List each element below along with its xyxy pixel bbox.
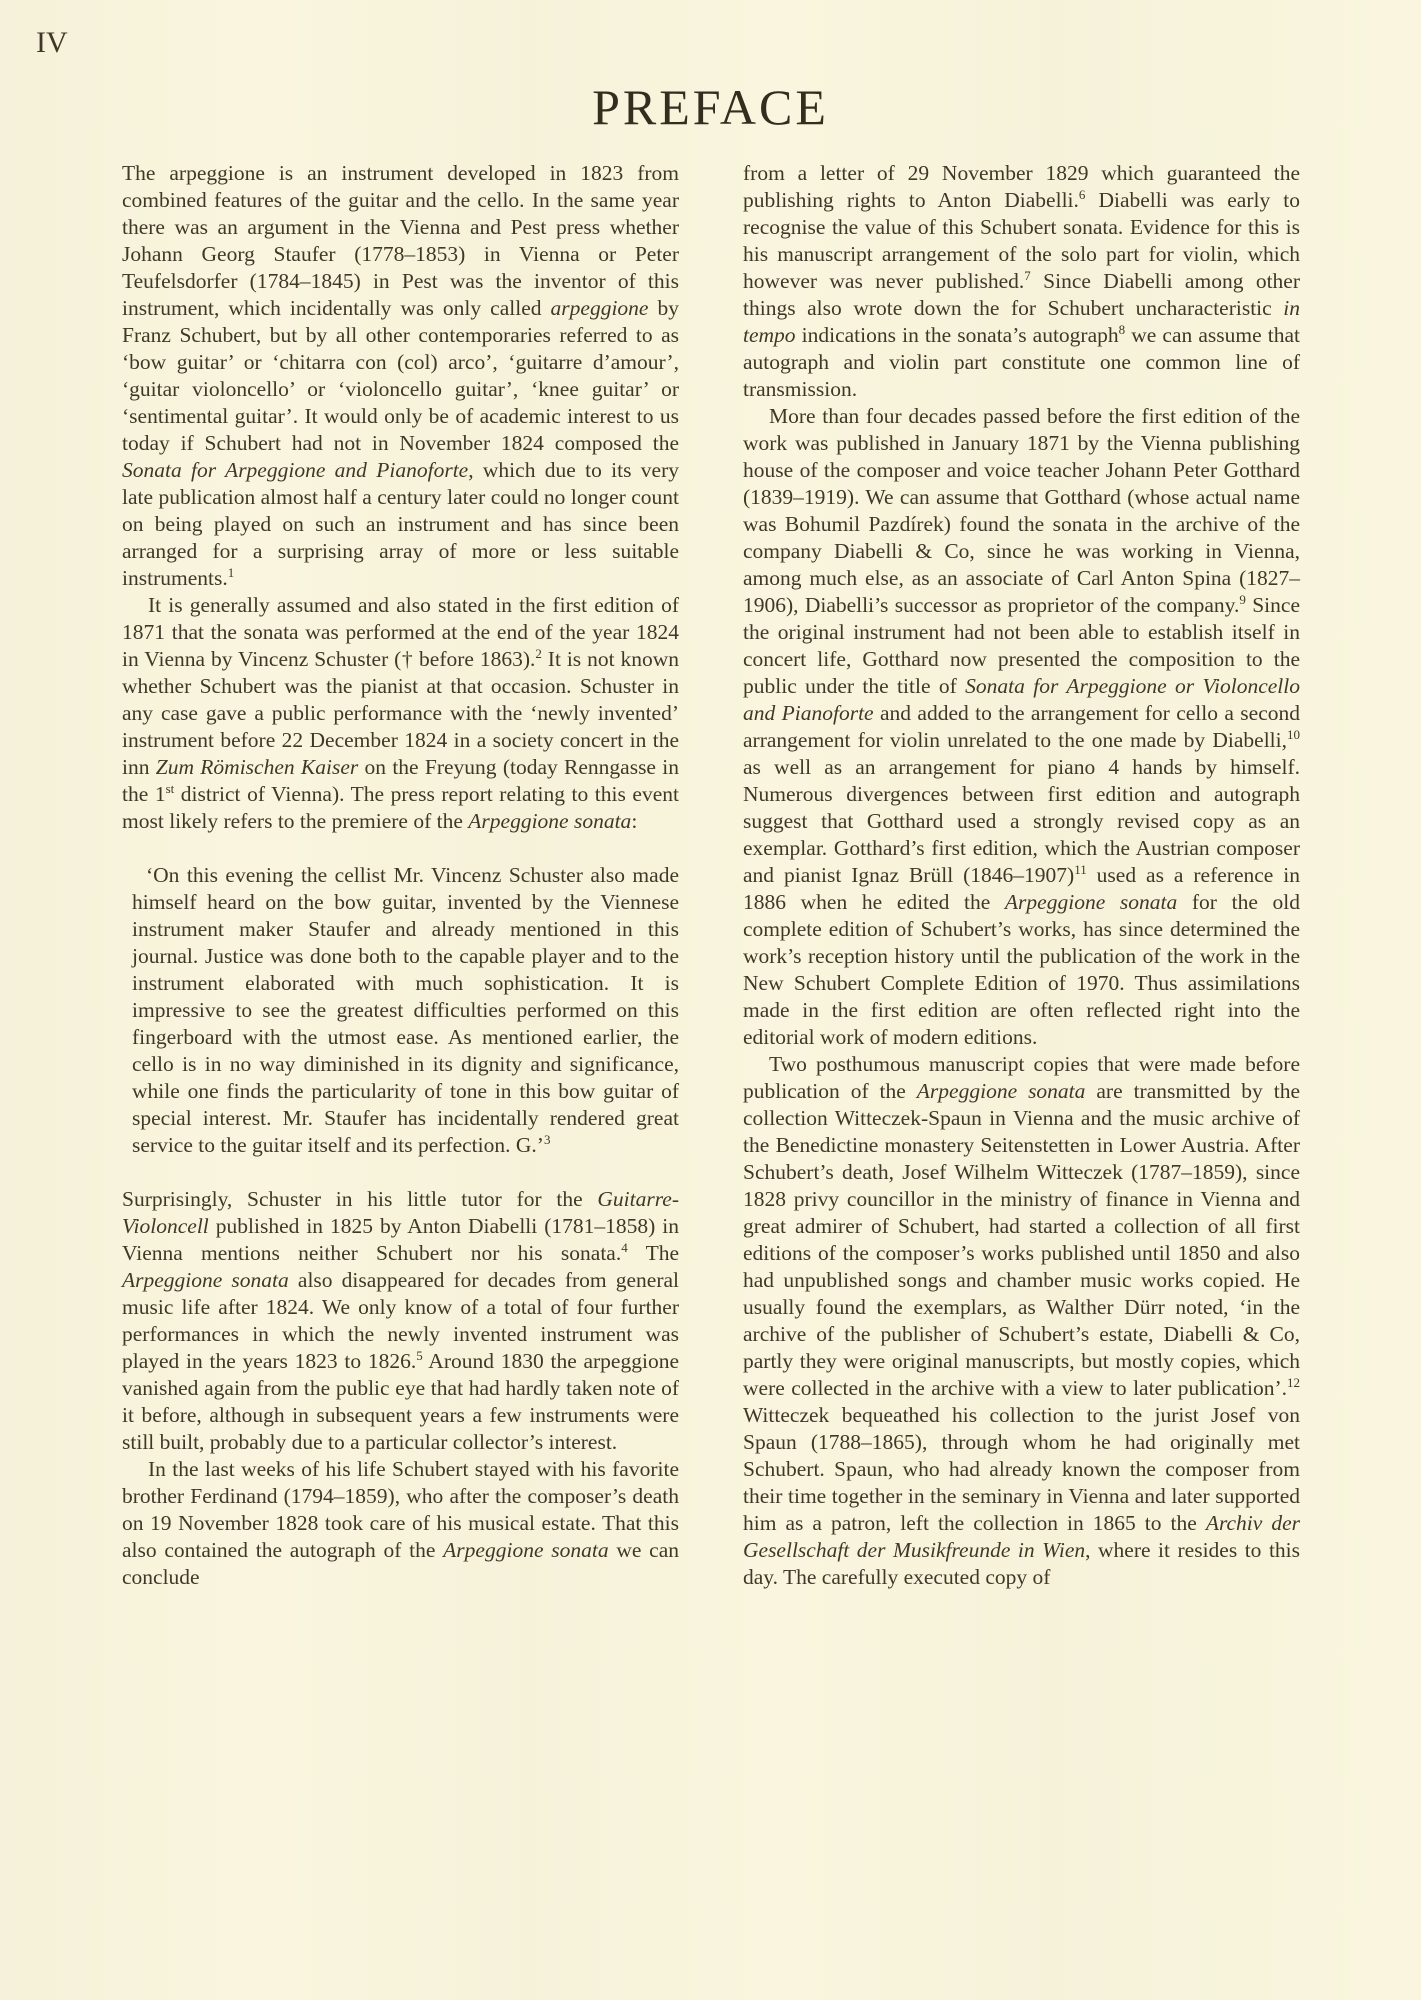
- right-column: from a letter of 29 November 1829 which …: [743, 160, 1300, 1591]
- text-segment: :: [631, 809, 637, 833]
- text-segment: More than four decades passed before the…: [743, 404, 1300, 617]
- text-segment: ‘On this evening the cellist Mr. Vincenz…: [132, 863, 679, 1157]
- italic-text: Sonata for Arpeggione and Pianoforte: [122, 458, 468, 482]
- footnote-ref: 6: [1079, 187, 1086, 202]
- text-columns: The arpeggione is an instrument develope…: [122, 160, 1300, 1591]
- text-segment: The: [628, 1241, 679, 1265]
- footnote-ref: 8: [1119, 322, 1126, 337]
- footnote-ref: 1: [228, 565, 235, 580]
- block-quote: ‘On this evening the cellist Mr. Vincenz…: [132, 862, 679, 1159]
- paragraph: In the last weeks of his life Schubert s…: [122, 1456, 679, 1591]
- footnote-ref: 11: [1074, 862, 1087, 877]
- paragraph: It is generally assumed and also stated …: [122, 592, 679, 835]
- text-segment: are transmitted by the collection Wittec…: [743, 1079, 1300, 1400]
- footnote-ref: 12: [1287, 1375, 1300, 1390]
- paragraph: from a letter of 29 November 1829 which …: [743, 160, 1300, 403]
- text-segment: indications in the sonata’s autograph: [796, 323, 1119, 347]
- italic-text: Arpeggione sonata: [1005, 890, 1177, 914]
- paragraph: The arpeggione is an instrument develope…: [122, 160, 679, 592]
- footnote-ref: st: [166, 781, 175, 796]
- footnote-ref: 7: [1024, 268, 1031, 283]
- footnote-ref: 4: [621, 1240, 628, 1255]
- book-page: IV PREFACE The arpeggione is an instrume…: [0, 0, 1421, 2000]
- footnote-ref: 2: [535, 646, 542, 661]
- page-title: PREFACE: [0, 82, 1421, 132]
- footnote-ref: 10: [1287, 727, 1300, 742]
- italic-text: Arpeggione sonata: [122, 1268, 289, 1292]
- text-segment: Surprisingly, Schuster in his little tut…: [122, 1187, 597, 1211]
- page-number: IV: [36, 28, 68, 58]
- italic-text: Zum Römischen Kaiser: [156, 755, 358, 779]
- left-column: The arpeggione is an instrument develope…: [122, 160, 679, 1591]
- italic-text: arpeggione: [551, 296, 649, 320]
- paragraph: Two posthumous manuscript copies that we…: [743, 1051, 1300, 1591]
- footnote-ref: 5: [416, 1348, 423, 1363]
- footnote-ref: 9: [1239, 592, 1246, 607]
- italic-text: Arpeggione sonata: [468, 809, 631, 833]
- paragraph: Surprisingly, Schuster in his little tut…: [122, 1186, 679, 1456]
- footnote-ref: 3: [544, 1132, 551, 1147]
- italic-text: Arpeggione sonata: [917, 1079, 1086, 1103]
- paragraph: More than four decades passed before the…: [743, 403, 1300, 1051]
- italic-text: Arpeggione sonata: [443, 1538, 608, 1562]
